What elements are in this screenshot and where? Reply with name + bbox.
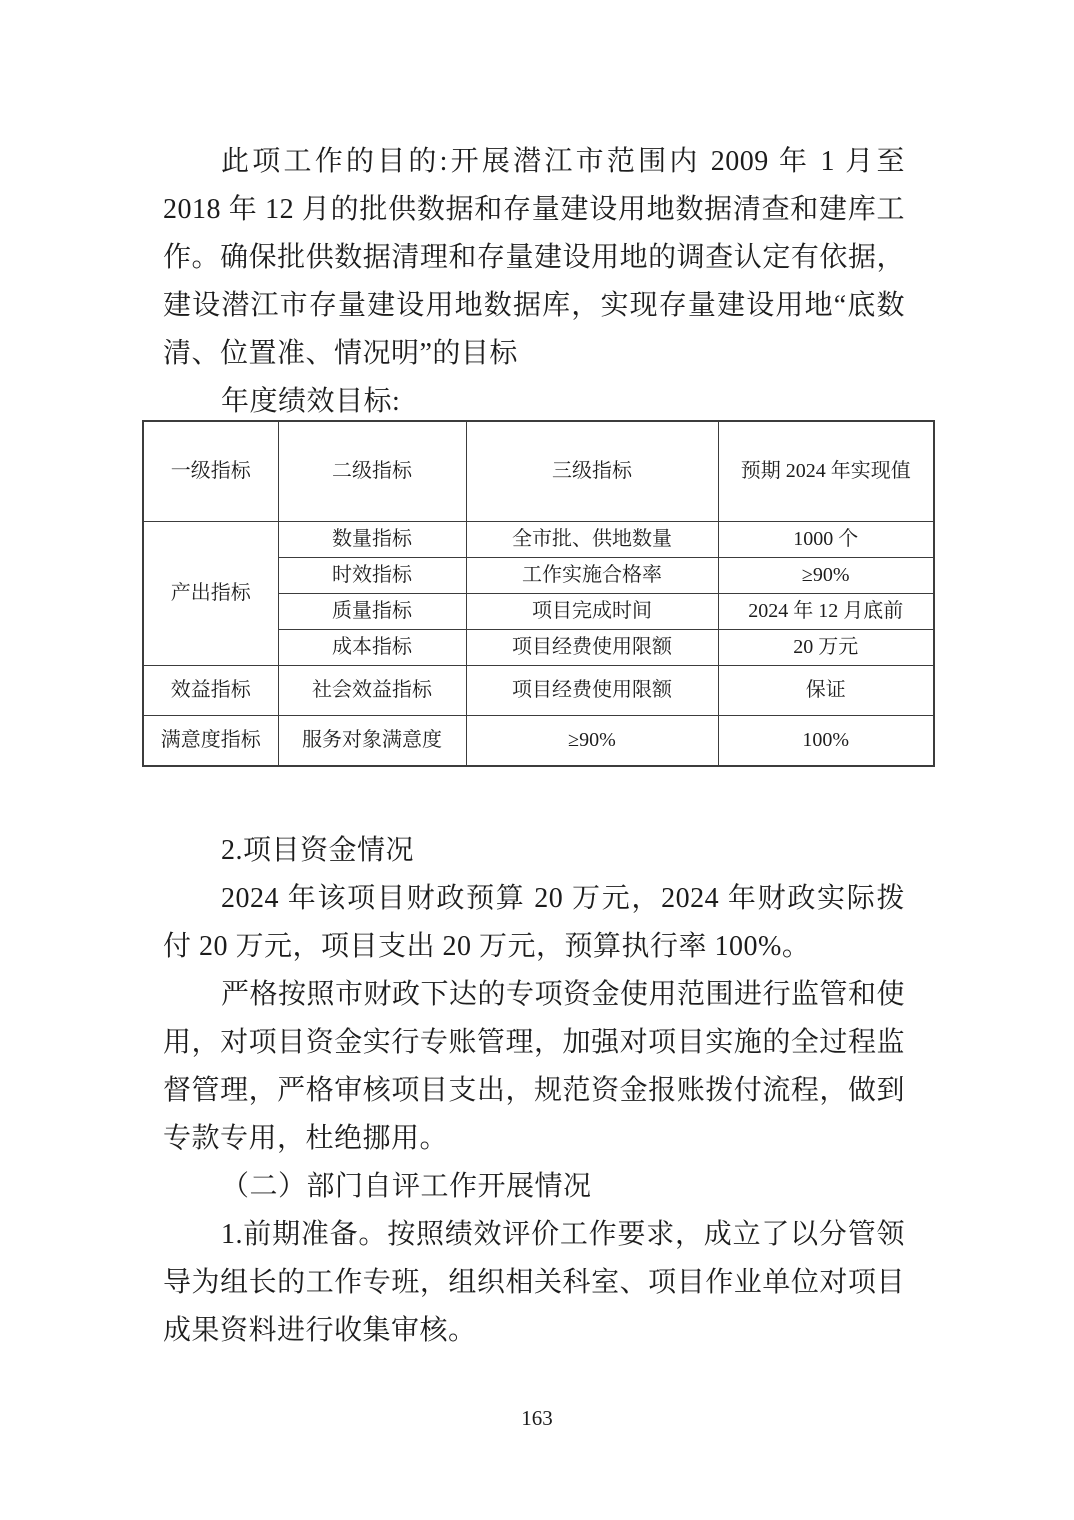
- self-eval-heading: （二）部门自评工作开展情况: [163, 1163, 905, 1211]
- cell-quantity-level3: 全市批、供地数量: [466, 521, 718, 557]
- cell-cost-indicator: 成本指标: [278, 629, 466, 665]
- cell-quality-expected: 2024 年 12 月底前: [718, 593, 934, 629]
- cell-cost-expected: 20 万元: [718, 629, 934, 665]
- cell-benefit-expected: 保证: [718, 665, 934, 715]
- paragraph-preparation: 1.前期准备。按照绩效评价工作要求，成立了以分管领导为组长的工作专班，组织相关科…: [163, 1211, 905, 1355]
- page-number: 163: [0, 1406, 1074, 1431]
- paragraph-supervision: 严格按照市财政下达的专项资金使用范围进行监管和使用，对项目资金实行专账管理，加强…: [163, 971, 905, 1163]
- cell-benefit-indicator: 效益指标: [143, 665, 278, 715]
- cell-satisfaction-expected: 100%: [718, 715, 934, 766]
- cell-satisfaction-level3: ≥90%: [466, 715, 718, 766]
- cell-service-satisfaction: 服务对象满意度: [278, 715, 466, 766]
- table-row-quantity: 产出指标 数量指标 全市批、供地数量 1000 个: [143, 521, 934, 557]
- cell-output-indicator: 产出指标: [143, 521, 278, 665]
- cell-timeliness-level3: 工作实施合格率: [466, 557, 718, 593]
- cell-quality-level3: 项目完成时间: [466, 593, 718, 629]
- header-level3-indicator: 三级指标: [466, 421, 718, 521]
- performance-indicator-table: 一级指标 二级指标 三级指标 预期 2024 年实现值 产出指标 数量指标 全市…: [142, 420, 935, 767]
- cell-benefit-level3: 项目经费使用限额: [466, 665, 718, 715]
- paragraph-funding: 2024 年该项目财政预算 20 万元，2024 年财政实际拨付 20 万元，项…: [163, 875, 905, 971]
- cell-cost-level3: 项目经费使用限额: [466, 629, 718, 665]
- header-level2-indicator: 二级指标: [278, 421, 466, 521]
- header-expected-2024-value: 预期 2024 年实现值: [718, 421, 934, 521]
- cell-satisfaction-indicator: 满意度指标: [143, 715, 278, 766]
- cell-quantity-indicator: 数量指标: [278, 521, 466, 557]
- page-content: 此项工作的目的:开展潜江市范围内 2009 年 1 月至 2018 年 12 月…: [163, 138, 905, 1355]
- table-header-row: 一级指标 二级指标 三级指标 预期 2024 年实现值: [143, 421, 934, 521]
- table-row-satisfaction: 满意度指标 服务对象满意度 ≥90% 100%: [143, 715, 934, 766]
- header-level1-indicator: 一级指标: [143, 421, 278, 521]
- cell-quality-indicator: 质量指标: [278, 593, 466, 629]
- funding-heading: 2.项目资金情况: [163, 827, 905, 875]
- cell-timeliness-expected: ≥90%: [718, 557, 934, 593]
- annual-goal-label: 年度绩效目标:: [163, 378, 905, 426]
- paragraph-purpose: 此项工作的目的:开展潜江市范围内 2009 年 1 月至 2018 年 12 月…: [163, 138, 905, 378]
- cell-social-benefit-indicator: 社会效益指标: [278, 665, 466, 715]
- document-page: 此项工作的目的:开展潜江市范围内 2009 年 1 月至 2018 年 12 月…: [0, 0, 1074, 1520]
- cell-quantity-expected: 1000 个: [718, 521, 934, 557]
- table-row-benefit: 效益指标 社会效益指标 项目经费使用限额 保证: [143, 665, 934, 715]
- cell-timeliness-indicator: 时效指标: [278, 557, 466, 593]
